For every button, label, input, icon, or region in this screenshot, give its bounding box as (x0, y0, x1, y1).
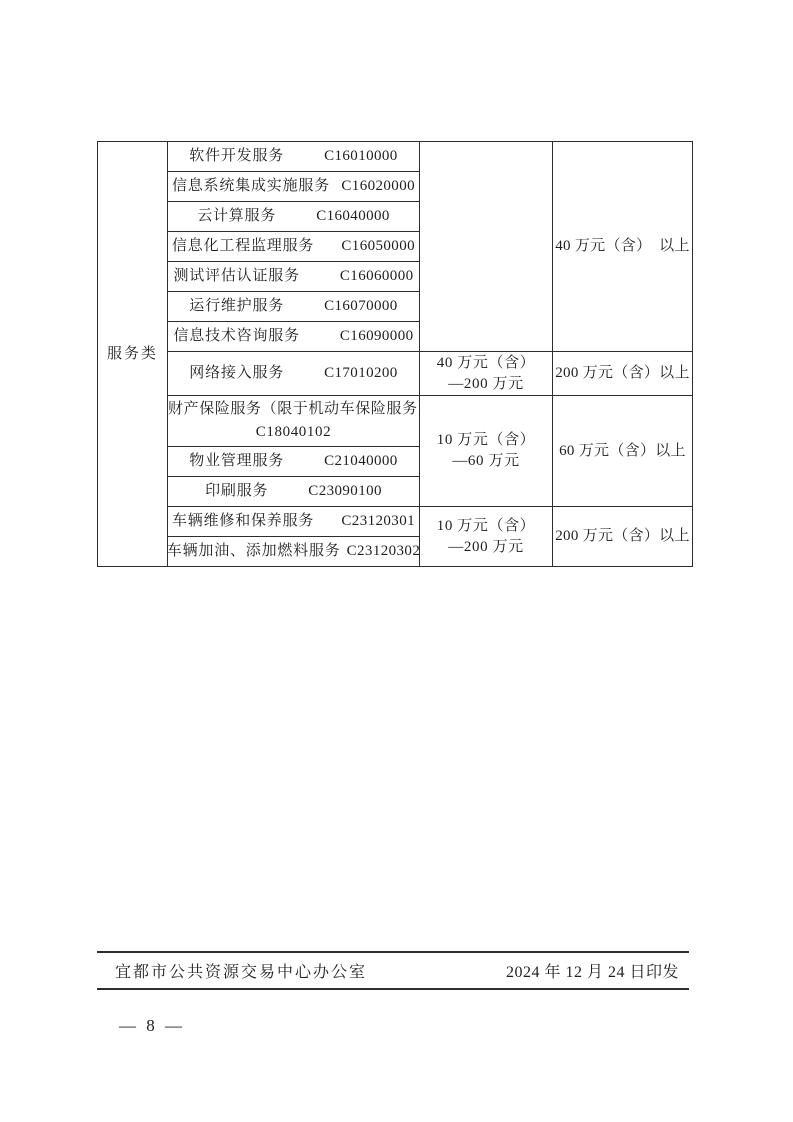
service-name: 财产保险服务（限于机动车保险服务） (168, 398, 419, 421)
service-name: 信息化工程监理服务 (172, 236, 314, 256)
threshold-table: 服务类 软件开发服务 C16010000 40 万元（含） 以上 信息系统集成实… (97, 141, 693, 567)
service-code: C23120301 (341, 511, 415, 531)
service-name: 物业管理服务 (189, 451, 284, 471)
footer-date: 2024 年 12 月 24 日印发 (506, 959, 689, 982)
service-cell: 信息技术咨询服务 C16090000 (168, 322, 420, 352)
amount-range-cell: 10 万元（含） —60 万元 (420, 396, 553, 507)
service-code: C21040000 (324, 451, 398, 471)
spacer (300, 336, 340, 337)
service-code: C17010200 (324, 363, 398, 383)
service-cell: 印刷服务 C23090100 (168, 477, 420, 507)
spacer (300, 276, 340, 277)
spacer (268, 491, 308, 492)
spacer (314, 521, 341, 522)
service-cell: 软件开发服务 C16010000 (168, 142, 420, 172)
range-line2: —200 万元 (420, 537, 552, 558)
service-code: C18040102 (168, 421, 419, 444)
amount-threshold-cell: 60 万元（含）以上 (553, 396, 693, 507)
range-line1: 10 万元（含） (420, 516, 552, 537)
spacer (314, 246, 341, 247)
service-cell: 测试评估认证服务 C16060000 (168, 262, 420, 292)
service-name: 信息技术咨询服务 (173, 326, 299, 346)
category-cell: 服务类 (98, 142, 168, 567)
range-line1: 40 万元（含） (420, 353, 552, 374)
service-cell: 物业管理服务 C21040000 (168, 447, 420, 477)
service-name: 信息系统集成实施服务 (172, 176, 330, 196)
service-cell: 信息化工程监理服务 C16050000 (168, 232, 420, 262)
service-cell: 运行维护服务 C16070000 (168, 292, 420, 322)
service-name: 车辆维修和保养服务 (172, 511, 314, 531)
service-code: C16060000 (340, 266, 414, 286)
service-name: 云计算服务 (197, 206, 276, 226)
service-cell: 云计算服务 C16040000 (168, 202, 420, 232)
service-name: 车辆加油、添加燃料服务 (168, 541, 341, 561)
service-code: C23090100 (308, 481, 382, 501)
table-row: 网络接入服务 C17010200 40 万元（含） —200 万元 200 万元… (98, 352, 693, 396)
footer-bottom-rule (97, 988, 689, 990)
service-name: 网络接入服务 (189, 363, 284, 383)
service-cell: 车辆维修和保养服务 C23120301 (168, 507, 420, 537)
service-cell: 信息系统集成实施服务 C16020000 (168, 172, 420, 202)
spacer (284, 461, 324, 462)
amount-range-cell: 10 万元（含） —200 万元 (420, 507, 553, 567)
document-page: 服务类 软件开发服务 C16010000 40 万元（含） 以上 信息系统集成实… (0, 0, 793, 1122)
service-code: C16020000 (341, 176, 415, 196)
spacer (284, 156, 324, 157)
service-name: 印刷服务 (205, 481, 268, 501)
amount-range-cell: 40 万元（含） —200 万元 (420, 352, 553, 396)
service-code: C16010000 (324, 146, 398, 166)
service-code: C16040000 (316, 206, 390, 226)
range-line2: —200 万元 (420, 374, 552, 395)
service-code: C16070000 (324, 296, 398, 316)
service-cell: 网络接入服务 C17010200 (168, 352, 420, 396)
service-cell: 车辆加油、添加燃料服务 C23120302 (168, 537, 420, 567)
amount-threshold-cell: 200 万元（含）以上 (553, 507, 693, 567)
table-row: 服务类 软件开发服务 C16010000 40 万元（含） 以上 (98, 142, 693, 172)
footer-office: 宜都市公共资源交易中心办公室 (97, 959, 367, 982)
amount-threshold-cell: 40 万元（含） 以上 (553, 142, 693, 352)
page-number: — 8 — (119, 1016, 185, 1036)
spacer (284, 306, 324, 307)
footer: 宜都市公共资源交易中心办公室 2024 年 12 月 24 日印发 (97, 959, 689, 982)
table-row: 车辆维修和保养服务 C23120301 10 万元（含） —200 万元 200… (98, 507, 693, 537)
footer-top-rule (97, 951, 689, 953)
table-row: 财产保险服务（限于机动车保险服务） C18040102 10 万元（含） —60… (98, 396, 693, 447)
range-line2: —60 万元 (420, 451, 552, 472)
spacer (330, 186, 341, 187)
service-cell: 财产保险服务（限于机动车保险服务） C18040102 (168, 396, 420, 447)
amount-range-cell (420, 142, 553, 352)
spacer (276, 216, 316, 217)
spacer (284, 373, 324, 374)
amount-threshold-cell: 200 万元（含）以上 (553, 352, 693, 396)
service-code: C16090000 (340, 326, 414, 346)
range-line1: 10 万元（含） (420, 430, 552, 451)
service-name: 运行维护服务 (189, 296, 284, 316)
service-name: 测试评估认证服务 (173, 266, 299, 286)
service-code: C16050000 (341, 236, 415, 256)
service-code: C23120302 (347, 541, 420, 561)
service-name: 软件开发服务 (189, 146, 284, 166)
